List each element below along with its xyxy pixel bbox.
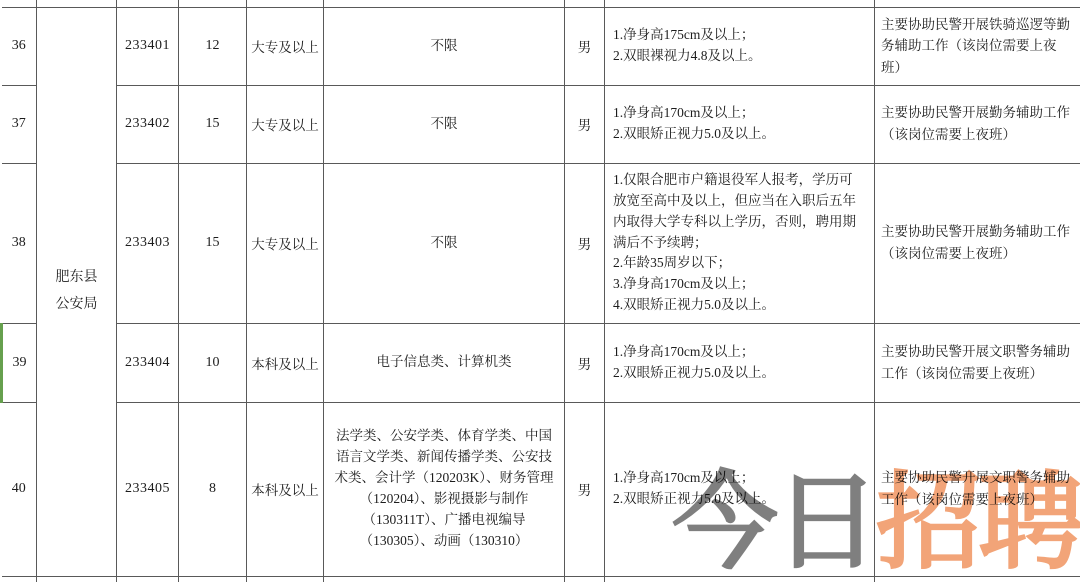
- position-code-cell: 233405: [117, 402, 179, 576]
- education-cell: [247, 576, 324, 582]
- duties-cell: [875, 576, 1080, 582]
- headcount-cell: 12: [179, 7, 247, 85]
- requirements-cell: 1.仅限合肥市户籍退役军人报考，学历可放宽至高中及以上，但应当在入职后五年内取得…: [605, 163, 875, 323]
- jobs-table: 36 肥东县公安局 233401 12 大专及以上 不限 男 1.净身高175c…: [0, 0, 1080, 582]
- requirements-cell: [605, 0, 875, 7]
- major-cell: 电子信息类、计算机类: [324, 323, 565, 402]
- position-code-cell: [117, 0, 179, 7]
- headcount-cell: 15: [179, 85, 247, 163]
- row-number-cell: [2, 0, 37, 7]
- duties-cell: 主要协助民警开展勤务辅助工作（该岗位需要上夜班）: [875, 85, 1080, 163]
- headcount-cell: [179, 576, 247, 582]
- row-number-cell-selected: 39: [2, 323, 37, 402]
- position-code-cell: 233403: [117, 163, 179, 323]
- headcount-cell: 8: [179, 402, 247, 576]
- org-cell: 肥东县公安局: [37, 7, 117, 576]
- headcount-cell: 15: [179, 163, 247, 323]
- requirements-cell: 1.净身高170cm及以上； 2.双眼矫正视力5.0及以上。: [605, 85, 875, 163]
- education-cell: 大专及以上: [247, 7, 324, 85]
- headcount-cell: 10: [179, 323, 247, 402]
- org-name: 肥东县公安局: [55, 265, 98, 318]
- duties-cell: 主要协助民警开展铁骑巡逻等勤务辅助工作（该岗位需要上夜班）: [875, 7, 1080, 85]
- major-cell: 不限: [324, 163, 565, 323]
- gender-cell: 男: [565, 85, 605, 163]
- org-cell: [37, 576, 117, 582]
- gender-cell: [565, 576, 605, 582]
- table-row: 40 233405 8 本科及以上 法学类、公安学类、体育学类、中国语言文学类、…: [2, 402, 1080, 576]
- headcount-cell: [179, 0, 247, 7]
- education-cell: 大专及以上: [247, 163, 324, 323]
- gender-cell: 男: [565, 163, 605, 323]
- gender-cell: 男: [565, 7, 605, 85]
- gender-cell: [565, 0, 605, 7]
- requirements-cell: 1.净身高170cm及以上； 2.双眼矫正视力5.0及以上。: [605, 402, 875, 576]
- table-row: 38 233403 15 大专及以上 不限 男 1.仅限合肥市户籍退役军人报考，…: [2, 163, 1080, 323]
- duties-cell: 主要协助民警开展文职警务辅助工作（该岗位需要上夜班）: [875, 402, 1080, 576]
- major-cell: [324, 0, 565, 7]
- major-cell: 不限: [324, 85, 565, 163]
- position-code-cell: 233402: [117, 85, 179, 163]
- position-code-cell: 233404: [117, 323, 179, 402]
- table-row-partial-bottom: [2, 576, 1080, 582]
- table-row: 36 肥东县公安局 233401 12 大专及以上 不限 男 1.净身高175c…: [2, 7, 1080, 85]
- duties-cell: 主要协助民警开展勤务辅助工作（该岗位需要上夜班）: [875, 163, 1080, 323]
- major-cell: [324, 576, 565, 582]
- table-row: 39 233404 10 本科及以上 电子信息类、计算机类 男 1.净身高170…: [2, 323, 1080, 402]
- gender-cell: 男: [565, 323, 605, 402]
- org-cell: [37, 0, 117, 7]
- requirements-cell: 1.净身高170cm及以上； 2.双眼矫正视力5.0及以上。: [605, 323, 875, 402]
- education-cell: 大专及以上: [247, 85, 324, 163]
- table-row-partial-top: [2, 0, 1080, 7]
- position-code-cell: [117, 576, 179, 582]
- table-row: 37 233402 15 大专及以上 不限 男 1.净身高170cm及以上； 2…: [2, 85, 1080, 163]
- education-cell: [247, 0, 324, 7]
- row-number-cell: 37: [2, 85, 37, 163]
- major-cell: 不限: [324, 7, 565, 85]
- education-cell: 本科及以上: [247, 402, 324, 576]
- row-number-cell: [2, 576, 37, 582]
- row-number-cell: 38: [2, 163, 37, 323]
- row-number-cell: 36: [2, 7, 37, 85]
- education-cell: 本科及以上: [247, 323, 324, 402]
- requirements-cell: 1.净身高175cm及以上； 2.双眼裸视力4.8及以上。: [605, 7, 875, 85]
- position-code-cell: 233401: [117, 7, 179, 85]
- duties-cell: 主要协助民警开展文职警务辅助工作（该岗位需要上夜班）: [875, 323, 1080, 402]
- duties-cell: [875, 0, 1080, 7]
- gender-cell: 男: [565, 402, 605, 576]
- major-cell: 法学类、公安学类、体育学类、中国语言文学类、新闻传播学类、公安技术类、会计学（1…: [324, 402, 565, 576]
- row-number-cell: 40: [2, 402, 37, 576]
- requirements-cell: [605, 576, 875, 582]
